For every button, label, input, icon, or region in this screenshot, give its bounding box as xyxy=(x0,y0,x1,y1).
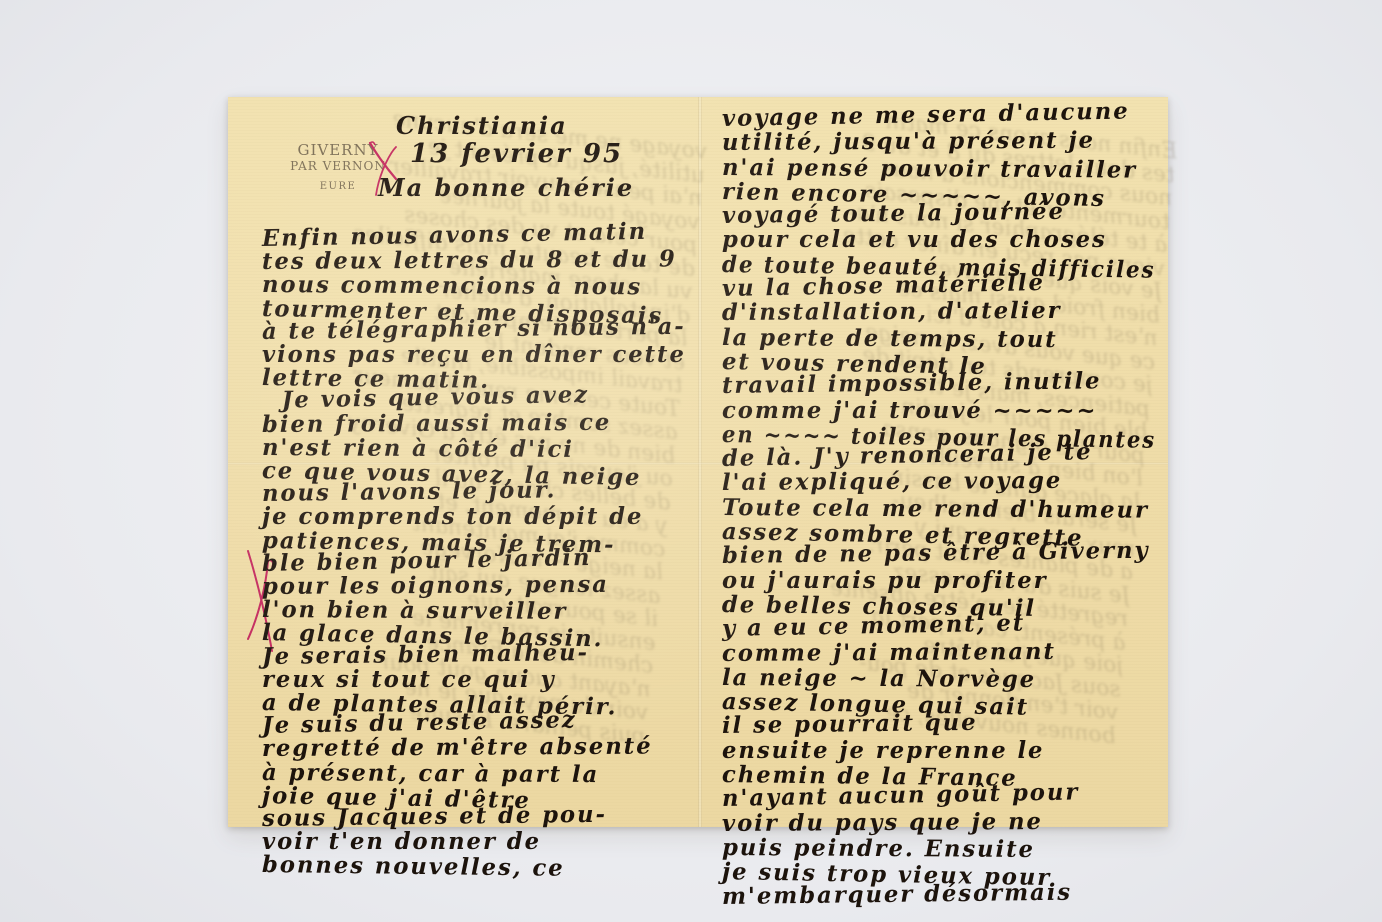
text-line: utilité, jusqu'à présent je xyxy=(722,129,1156,156)
text-line: il se pourrait que xyxy=(722,709,1156,739)
left-page-body: Enfin nous avons ce matin tes deux lettr… xyxy=(262,227,692,877)
text-line: ensuite je reprenne le xyxy=(722,739,1156,763)
text-line: l'ai expliqué, ce voyage xyxy=(722,469,1156,496)
text-line: regretté de m'être absenté xyxy=(262,735,686,761)
handwritten-letter: voyage ne me sera d'aucune utilité, jusq… xyxy=(228,97,1168,827)
right-page: Enfin nous avons ce matin tes deux lettr… xyxy=(702,97,1168,827)
text-line: bien froid aussi mais ce xyxy=(262,410,686,436)
text-line: tes deux lettres du 8 et du 9 xyxy=(262,248,686,274)
text-line: je comprends ton dépit de xyxy=(262,505,686,528)
text-line: n'ayant aucun goût pour xyxy=(722,779,1156,811)
text-line: comme j'ai trouvé ~~~~~ xyxy=(722,399,1156,423)
text-line: nous l'avons le jour. xyxy=(262,477,686,505)
text-line: travail impossible, inutile xyxy=(722,369,1156,399)
text-line: reux si tout ce qui y xyxy=(262,668,686,691)
text-line: voir t'en donner de xyxy=(262,830,686,853)
text-line: Je vois que vous avez xyxy=(262,382,686,413)
letter-salutation: Ma bonne chérie xyxy=(378,175,634,201)
text-line: voyagé toute la journée xyxy=(722,199,1156,229)
text-line: m'embarquer désormais xyxy=(722,879,1156,909)
text-line: de là. J'y renoncerai je te xyxy=(722,439,1156,471)
text-line: y a eu ce moment, et xyxy=(722,609,1156,641)
letter-date: 13 fevrier 95 xyxy=(410,139,623,169)
text-line: voir du pays que je ne xyxy=(722,809,1156,836)
text-line: vu la chose matérielle xyxy=(722,269,1156,301)
text-line: vions pas reçu en dîner cette xyxy=(262,343,685,366)
text-line: d'installation, d'atelier xyxy=(722,299,1156,326)
letter-place: Christiania xyxy=(396,111,568,140)
text-line: sous Jacques et de pou- xyxy=(262,802,686,830)
text-line: pour cela et vu des choses xyxy=(722,228,1156,252)
text-line: à te télégraphier si nous n'a- xyxy=(262,315,684,343)
text-line: comme j'ai maintenant xyxy=(722,639,1156,666)
text-line: Je serais bien malheu- xyxy=(262,639,686,667)
text-line: ble bien pour le jardin xyxy=(262,544,686,575)
text-line: ou j'aurais pu profiter xyxy=(722,569,1156,593)
left-page: voyage ne me sera d'aucune utilité, jusq… xyxy=(228,97,698,827)
text-line: pour les oignons, pensa xyxy=(262,572,686,598)
text-line: bien de ne pas être à Giverny xyxy=(722,539,1156,569)
text-line: bonnes nouvelles, ce xyxy=(262,853,686,881)
right-page-body: voyage ne me sera d'aucune utilité, jusq… xyxy=(722,107,1162,909)
